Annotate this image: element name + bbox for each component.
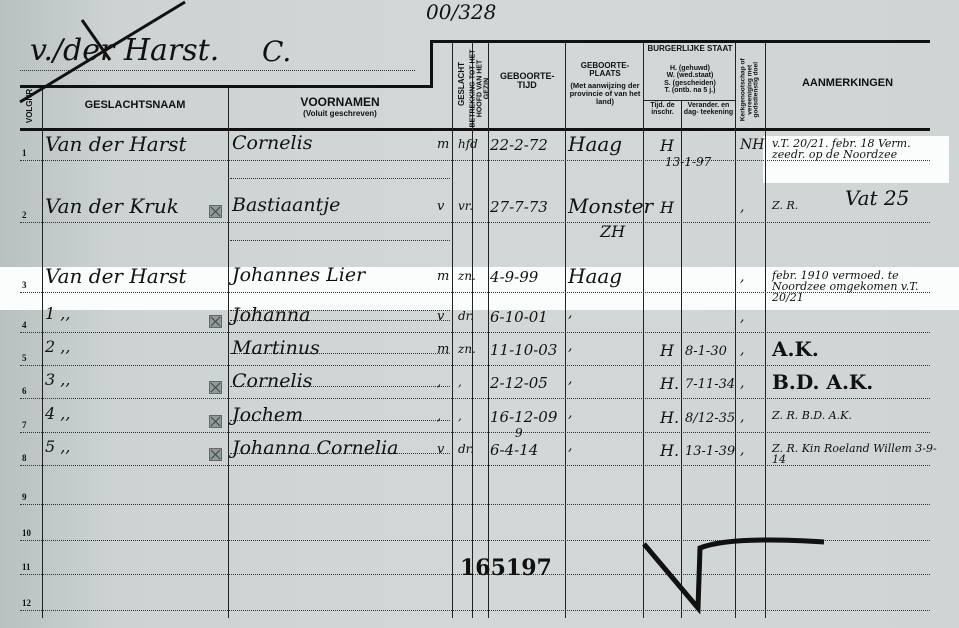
given-names: Johannes Lier (232, 266, 365, 285)
row-number: 12 (22, 598, 31, 608)
check-mark-icon (640, 530, 830, 615)
civil-status-change: 13-1-39 (685, 445, 735, 458)
row-rule (20, 222, 930, 224)
row-number: 8 (22, 453, 27, 463)
row-number: 4 (22, 320, 27, 330)
row-rule (20, 465, 930, 467)
civil-status-date: 13-1-97 (665, 156, 711, 168)
stamped-number: 165197 (460, 555, 552, 581)
surname: Van der Harst (45, 266, 187, 286)
col-divider (42, 88, 43, 618)
civil-status: H. (660, 443, 679, 459)
birth-place: Haag (568, 134, 622, 154)
birth-place: Monster (568, 196, 653, 216)
bs-legend-w: W. (wed.staat) (645, 72, 735, 79)
church: , (740, 376, 744, 390)
surname: 1 ,, (45, 306, 70, 322)
civil-status-change: 8/12-35 (685, 412, 735, 425)
bs-legend-t: T. (ontb. na 5 j.) (645, 87, 735, 94)
checkbox-marked-icon (209, 381, 222, 394)
relation: hfd (458, 138, 478, 150)
col-divider (452, 43, 453, 618)
given-names: Martinus (232, 339, 320, 358)
header-betrekking-text: BETREKKING TOT HET HOOFD VAN HET GEZIN (470, 49, 491, 127)
surname: 5 ,, (45, 439, 70, 455)
remarks: Z. R. Kin Roeland Willem 3-9-14 (772, 443, 947, 465)
sex: v (437, 310, 444, 323)
given-names: Cornelis (232, 134, 312, 153)
header-burgerlijke-staat: BURGERLIJKE STAAT (646, 45, 734, 53)
row-number: 10 (22, 528, 31, 538)
archive-number: 00/328 (426, 2, 496, 22)
church: , (740, 443, 744, 457)
sex: m (437, 343, 449, 356)
row-rule (20, 332, 930, 334)
civil-status: H. (660, 410, 679, 426)
church: , (740, 343, 744, 357)
surname: 2 ,, (45, 339, 70, 355)
header-geboortetijd: GEBOORTE- TIJD (500, 72, 554, 91)
birth-date: 11-10-03 (490, 343, 557, 358)
civil-status: H (660, 138, 674, 154)
birth-place: , (568, 439, 572, 453)
checkbox-marked-icon (209, 448, 222, 461)
row-subrule (230, 178, 450, 180)
birth-place: , (568, 339, 572, 353)
relation: vr. (458, 200, 473, 212)
surname: 4 ,, (45, 406, 70, 422)
row-rule (20, 432, 930, 434)
remarks: Z. R. B.D. A.K. (772, 410, 947, 421)
strike-header-icon (0, 0, 200, 110)
col-divider (488, 43, 489, 618)
birth-place: , (568, 406, 572, 420)
birth-date: 27-7-73 (490, 200, 548, 215)
sex: , (437, 410, 441, 423)
header-voornamen: VOORNAMEN (228, 96, 452, 109)
remarks-stamp: B.D. A.K. (772, 370, 873, 394)
relation: zn. (458, 270, 476, 282)
registration-card: 00/328 v./der Harst. C. VOLGNR GESLACHTS… (0, 0, 959, 628)
col-divider (228, 88, 229, 618)
row-number: 2 (22, 210, 27, 220)
given-names: Jochem (232, 406, 303, 425)
header-voornamen-sub: (Voluit geschreven) (228, 110, 452, 118)
birth-date: 4-9-99 (490, 270, 538, 285)
birth-date: 2-12-05 (490, 376, 548, 391)
civil-status-change: 8-1-30 (685, 345, 727, 358)
church: , (740, 310, 744, 324)
relation: dr. (458, 443, 474, 455)
given-names: Johanna Cornelia (232, 439, 398, 458)
sex: , (437, 376, 441, 389)
header-left-step (430, 40, 433, 88)
header-top-border (430, 40, 930, 43)
church: NH (740, 138, 764, 152)
row-subrule (230, 240, 450, 242)
header-geslacht: GESLACHT (458, 44, 466, 124)
remarks: febr. 1910 vermoed. te Noordzee omgekome… (772, 270, 947, 303)
relation: , (458, 376, 462, 388)
row-number: 6 (22, 386, 27, 396)
church: , (740, 200, 744, 214)
remarks: v.T. 20/21. febr. 18 Verm. zeedr. op de … (772, 138, 947, 160)
row-number: 11 (22, 562, 31, 572)
church: , (740, 270, 744, 284)
birth-date: 16-12-09 (490, 410, 557, 425)
sex: m (437, 138, 449, 151)
sex: v (437, 443, 444, 456)
row-number: 1 (22, 148, 27, 158)
row-number: 9 (22, 492, 27, 502)
header-betrekking: BETREKKING TOT HET HOOFD VAN HET GEZIN (470, 49, 491, 129)
header-bs-tijd: Tijd. de inschr. (644, 102, 681, 117)
header-geboorteplaats-sub: (Met aanwijzing der provincie of van het… (568, 82, 642, 106)
row-rule (20, 504, 930, 506)
row-rule (20, 365, 930, 367)
birth-date-correction: 9 (515, 427, 523, 439)
header-bs-legend: H. (gehuwd) W. (wed.staat) S. (gescheide… (645, 65, 735, 94)
remarks-stamp: A.K. (772, 337, 819, 361)
birth-place: , (568, 372, 572, 386)
header-kerkgenootschap: Kerkgenootschap of vereeniging met godsd… (740, 50, 760, 130)
surname: Van der Harst (45, 134, 187, 154)
birth-date: 6-10-01 (490, 310, 548, 325)
row-number: 7 (22, 420, 27, 430)
civil-status: H (660, 343, 674, 359)
col-divider (472, 43, 473, 618)
given-names: Johanna (232, 306, 310, 325)
remarks-extra: Vat 25 (845, 188, 909, 208)
row-number: 5 (22, 353, 27, 363)
sex: v (437, 200, 444, 213)
relation: dr. (458, 310, 474, 322)
birth-place: Haag (568, 266, 622, 286)
given-names: Bastiaantje (232, 196, 340, 215)
checkbox-marked-icon (209, 315, 222, 328)
relation: zn. (458, 343, 476, 355)
surname: Van der Kruk (45, 196, 179, 216)
checkbox-marked-icon (209, 205, 222, 218)
relation: , (458, 410, 462, 422)
checkbox-marked-icon (209, 415, 222, 428)
civil-status: H (660, 200, 674, 216)
civil-status-change: 7-11-34 (685, 378, 735, 391)
surname: 3 ,, (45, 372, 70, 388)
header-kerkgenootschap-text: Kerkgenootschap of vereeniging met godsd… (739, 58, 759, 121)
birth-place: , (568, 306, 572, 320)
church: , (740, 410, 744, 424)
birth-date: 22-2-72 (490, 138, 548, 153)
row-rule (20, 398, 930, 400)
bs-legend-h: H. (gehuwd) (645, 65, 735, 72)
civil-status: H. (660, 376, 679, 392)
initials-header: C. (262, 38, 291, 66)
given-names: Cornelis (232, 372, 312, 391)
birth-date: 6-4-14 (490, 443, 538, 458)
header-geboorteplaats: GEBOORTE- PLAATS (568, 62, 642, 79)
bs-legend-s: S. (gescheiden) (645, 80, 735, 87)
header-aanmerkingen: AANMERKINGEN (765, 78, 930, 90)
header-bs-verander: Verander. en dag- teekening (682, 102, 735, 117)
col-divider (565, 43, 566, 618)
row-number: 3 (22, 280, 27, 290)
birth-place-province: ZH (600, 224, 625, 240)
sex: m (437, 270, 449, 283)
